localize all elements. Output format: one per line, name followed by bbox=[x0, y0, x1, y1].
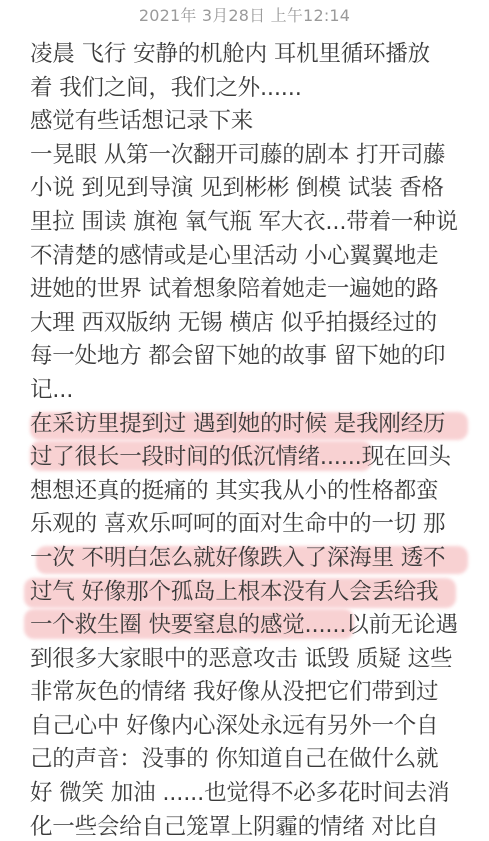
note-line-text: 化一些会给自己笼罩上阴霾的情绪 对比自 bbox=[30, 814, 438, 840]
note-line: 好 微笑 加油 ......也觉得不必多花时间去消 bbox=[30, 777, 470, 811]
note-line-text: 进她的世界 试着想象陪着她走一遍她的路 bbox=[30, 276, 438, 302]
note-line-text: 乐观的 喜欢乐呵呵的面对生命中的一切 那 bbox=[30, 511, 445, 537]
note-line-highlighted: 过了很长一段时间的低沉情绪......现在回头 bbox=[30, 441, 470, 475]
note-line-text: 自己心中 好像内心深处永远有另外一个自 bbox=[30, 713, 438, 739]
note-line: 大理 西双版纳 无锡 横店 似乎拍摄经过的 bbox=[30, 307, 470, 341]
note-line-text: 过气 好像那个孤岛上根本没有人会丢给我 bbox=[30, 579, 438, 605]
note-line-text: 想想还真的挺痛的 其实我从小的性格都蛮 bbox=[30, 478, 438, 504]
note-line-text: 一次 不明白怎么就好像跌入了深海里 透不 bbox=[30, 545, 445, 571]
note-timestamp: 2021年 3月28日 上午12:14 bbox=[0, 4, 489, 28]
note-line: 不清楚的感情或是心里活动 小心翼翼地走 bbox=[30, 240, 470, 274]
note-line-highlighted: 在采访里提到过 遇到她的时候 是我刚经历 bbox=[30, 408, 470, 442]
note-line-highlighted: 过气 好像那个孤岛上根本没有人会丢给我 bbox=[30, 576, 470, 610]
note-line: 化一些会给自己笼罩上阴霾的情绪 对比自 bbox=[30, 811, 470, 841]
note-body: 凌晨 飞行 安静的机舱内 耳机里循环播放 着 我们之间，我们之外...... 感… bbox=[30, 38, 470, 841]
note-line-text: 每一处地方 都会留下她的故事 留下她的印 bbox=[30, 343, 445, 369]
note-line-text: 一个救生圈 快要窒息的感觉......以前无论遇 bbox=[30, 612, 458, 638]
note-line: 非常灰色的情绪 我好像从没把它们带到过 bbox=[30, 676, 470, 710]
note-line: 凌晨 飞行 安静的机舱内 耳机里循环播放 bbox=[30, 38, 470, 72]
note-line-text: 大理 西双版纳 无锡 横店 似乎拍摄经过的 bbox=[30, 310, 437, 336]
note-line-text: 记... bbox=[30, 377, 73, 403]
note-line: 每一处地方 都会留下她的故事 留下她的印 bbox=[30, 340, 470, 374]
note-line: 着 我们之间，我们之外...... bbox=[30, 72, 470, 106]
note-line: 乐观的 喜欢乐呵呵的面对生命中的一切 那 bbox=[30, 508, 470, 542]
note-line-text: 凌晨 飞行 安静的机舱内 耳机里循环播放 bbox=[30, 41, 430, 67]
note-line: 小说 到见到导演 见到彬彬 倒模 试装 香格 bbox=[30, 172, 470, 206]
note-line-highlighted: 一次 不明白怎么就好像跌入了深海里 透不 bbox=[30, 542, 470, 576]
note-line: 己的声音：没事的 你知道自己在做什么就 bbox=[30, 743, 470, 777]
note-line-text: 过了很长一段时间的低沉情绪......现在回头 bbox=[30, 444, 451, 470]
note-line: 感觉有些话想记录下来 bbox=[30, 105, 470, 139]
note-line-text: 非常灰色的情绪 我好像从没把它们带到过 bbox=[30, 679, 438, 705]
note-line-text: 着 我们之间，我们之外...... bbox=[30, 75, 302, 101]
note-line: 自己心中 好像内心深处永远有另外一个自 bbox=[30, 710, 470, 744]
note-line-text: 里拉 围读 旗袍 氧气瓶 军大衣...带着一种说 bbox=[30, 209, 458, 235]
note-line-text: 在采访里提到过 遇到她的时候 是我刚经历 bbox=[30, 411, 445, 437]
note-line-text: 己的声音：没事的 你知道自己在做什么就 bbox=[30, 746, 438, 772]
note-line: 里拉 围读 旗袍 氧气瓶 军大衣...带着一种说 bbox=[30, 206, 470, 240]
note-line-text: 不清楚的感情或是心里活动 小心翼翼地走 bbox=[30, 243, 438, 269]
note-line-text: 小说 到见到导演 见到彬彬 倒模 试装 香格 bbox=[30, 175, 444, 201]
note-line: 一晃眼 从第一次翻开司藤的剧本 打开司藤 bbox=[30, 139, 470, 173]
note-line: 想想还真的挺痛的 其实我从小的性格都蛮 bbox=[30, 475, 470, 509]
note-line-text: 一晃眼 从第一次翻开司藤的剧本 打开司藤 bbox=[30, 142, 445, 168]
note-line-highlighted: 一个救生圈 快要窒息的感觉......以前无论遇 bbox=[30, 609, 470, 643]
note-line-text: 到很多大家眼中的恶意攻击 诋毁 质疑 这些 bbox=[30, 646, 452, 672]
note-line-text: 好 微笑 加油 ......也觉得不必多花时间去消 bbox=[30, 780, 449, 806]
note-line: 记... bbox=[30, 374, 470, 408]
note-line-text: 感觉有些话想记录下来 bbox=[30, 108, 253, 134]
note-line: 进她的世界 试着想象陪着她走一遍她的路 bbox=[30, 273, 470, 307]
note-line: 到很多大家眼中的恶意攻击 诋毁 质疑 这些 bbox=[30, 643, 470, 677]
